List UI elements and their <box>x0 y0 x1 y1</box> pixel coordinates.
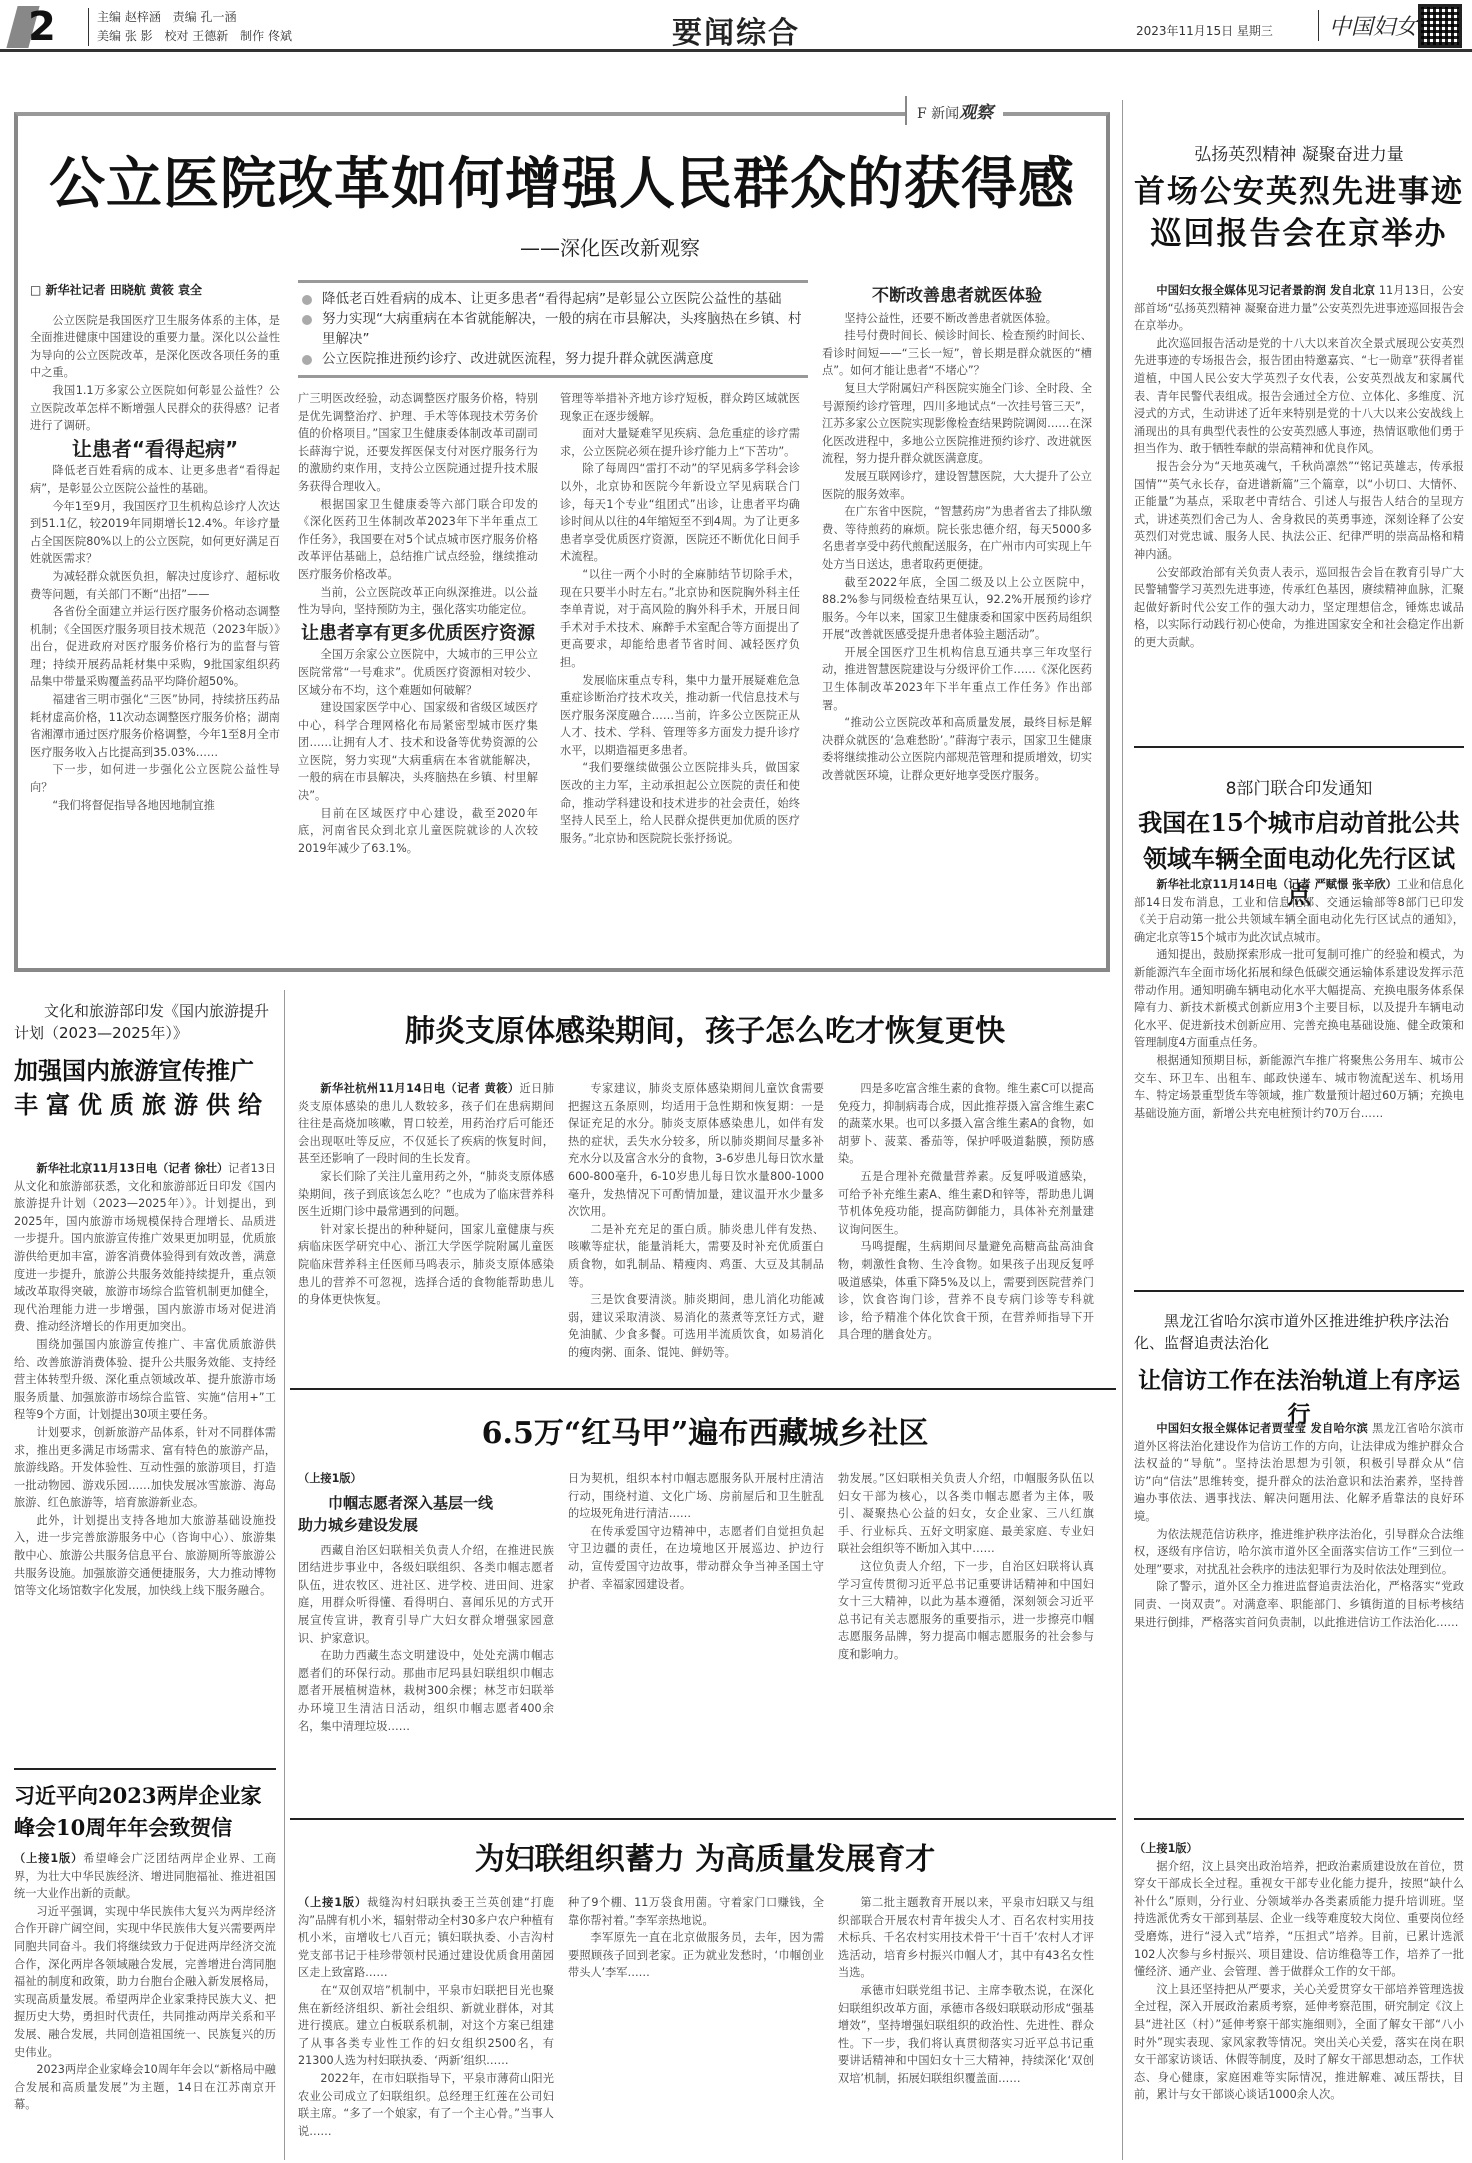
paragraph: 家长们除了关注儿童用药之外，“肺炎支原体感染期间，孩子到底该怎么吃？”也成为了临… <box>298 1168 554 1221</box>
article-kicker: 黑龙江省哈尔滨市道外区推进维护秩序法治化、监督追责法治化 <box>1134 1310 1464 1354</box>
paragraph: “我们要继续做强公立医院排头兵，做国家医改的主力军，主动承担起公立医院的责任和使… <box>560 759 800 847</box>
paragraph: 这位负责人介绍，下一步，自治区妇联将认真学习宣传贯彻习近平总书记重要讲话精神和中… <box>838 1558 1094 1664</box>
article-womens-fed-col-3: 第二批主题教育开展以来，平泉市妇联又与组织部联合开展农村青年拔尖人才、百名农村实… <box>838 1894 1094 2160</box>
news-observation-tag: F 新闻观察 <box>905 96 1003 125</box>
paragraph-text: 黑龙江省哈尔滨市道外区将法治化建设作为信访工作的方向，让法律成为维护群众合法权益… <box>1134 1422 1464 1523</box>
paragraph: 建设国家医学中心、国家级和省级区域医疗中心，科学合理网格化布局紧密型城市医疗集团… <box>298 699 538 805</box>
column-divider <box>284 990 285 2160</box>
continued-label: （上接1版） <box>14 1852 83 1865</box>
article-headline[interactable]: 习近平向2023两岸企业家 峰会10周年年会致贺信 <box>14 1780 276 1844</box>
feature-column-3: 管理等举措补齐地方诊疗短板，群众跨区域就医现象正在逐步缓解。 面对大量疑难罕见疾… <box>560 390 800 962</box>
article-police-heroes-body: 中国妇女报全媒体见习记者景韵润 发自北京 11月13日，公安部首场“弘扬英烈精神… <box>1134 282 1464 712</box>
feature-byline: □ 新华社记者 田晓航 黄筱 袁全 <box>30 282 280 300</box>
paragraph: 今年1至9月，我国医疗卫生机构总诊疗人次达到51.1亿，较2019年同期增长12… <box>30 498 280 568</box>
headline-line: 巡回报告会在京举办 <box>1134 213 1464 255</box>
paragraph: 三是饮食要清淡。肺炎期间，患儿消化功能减弱，建议采取清淡、易消化的蒸煮等烹饪方式… <box>568 1291 824 1361</box>
article-headline[interactable]: 肺炎支原体感染期间，孩子怎么吃才恢复更快 <box>290 1010 1120 1054</box>
continued-label: （上接1版） <box>298 1470 554 1488</box>
paragraph: 复旦大学附属妇产科医院实施全门诊、全时段、全号源预约诊疗管理，四川多地试点“一次… <box>822 380 1092 468</box>
paragraph: 公立医院是我国医疗卫生服务体系的主体，是全面推进健康中国建设的重要力量。深化以公… <box>30 312 280 382</box>
section-divider <box>290 1388 1116 1390</box>
paragraph: 根据通知预期目标，新能源汽车推广将聚焦公务用车、城市公交车、环卫车、出租车、邮政… <box>1134 1052 1464 1122</box>
continued-label: （上接1版） <box>298 1896 367 1909</box>
headline-line: 加强国内旅游宣传推广 <box>14 1054 274 1088</box>
paragraph: 五是合理补充微量营养素。反复呼吸道感染，可给予补充维生素A、维生素D和锌等，帮助… <box>838 1168 1094 1238</box>
article-mycoplasma-col-3: 四是多吃富含维生素的食物。维生素C可以提高免疫力，抑制病毒合成，因此推荐摄入富含… <box>838 1080 1094 1370</box>
paragraph: 此外，计划提出支持各地加大旅游基础设施投入，进一步完善旅游服务中心（咨询中心）、… <box>14 1512 276 1600</box>
feature-subtitle: ——深化医改新观察 <box>520 232 700 261</box>
qr-code-icon[interactable] <box>1418 4 1462 48</box>
paragraph: 为依法规范信访秩序，推进维护秩序法治化，引导群众合法维权，逐级有序信访，哈尔滨市… <box>1134 1526 1464 1579</box>
article-petition-law: 黑龙江省哈尔滨市道外区推进维护秩序法治化、监督追责法治化 让信访工作在法治轨道上… <box>1134 1310 1464 1432</box>
article-petition-law-body: 中国妇女报全媒体记者贾莹莹 发自哈尔滨 黑龙江省哈尔滨市道外区将法治化建设作为信… <box>1134 1420 1464 1790</box>
paragraph: 除了每周四“雷打不动”的罕见病多学科会诊以外，北京协和医院今年新设立罕见病联合门… <box>560 460 800 566</box>
section-divider <box>1134 1290 1464 1292</box>
article-red-vest-col-3: 勃发展。”区妇联相关负责人介绍，巾帼服务队伍以妇女干部为核心，以各类巾帼志愿者为… <box>838 1470 1094 1800</box>
paragraph: “以往一两个小时的全麻肺结节切除手术，现在只要半小时左右。”北京协和医院胸外科主… <box>560 566 800 672</box>
subheading: 不断改善患者就医体验 <box>822 288 1092 306</box>
section-divider <box>1134 746 1464 748</box>
paragraph: 通知提出，鼓励探索形成一批可复制可推广的经验和模式，为新能源汽车全面市场化拓展和… <box>1134 946 1464 1052</box>
paragraph: 计划要求，创新旅游产品体系，针对不同群体需求，推出更多满足市场需求、富有特色的旅… <box>14 1424 276 1512</box>
tag-prefix: F <box>917 106 927 122</box>
article-ev-pilot-body: 新华社北京11月14日电（记者 严赋憬 张辛欣）工业和信息化部14日发布消息，工… <box>1134 876 1464 1276</box>
article-byline: 中国妇女报全媒体记者贾莹莹 发自哈尔滨 <box>1156 1422 1368 1435</box>
article-headline[interactable]: 为妇联组织蓄力 为高质量发展育才 <box>290 1838 1120 1882</box>
article-headline[interactable]: 首场公安英烈先进事迹 巡回报告会在京举办 <box>1134 171 1464 255</box>
article-byline: 新华社北京11月13日电（记者 徐壮） <box>36 1162 228 1175</box>
paragraph: 四是多吃富含维生素的食物。维生素C可以提高免疫力，抑制病毒合成，因此推荐摄入富含… <box>838 1080 1094 1168</box>
tag-label: 新闻 <box>931 106 959 122</box>
paragraph: 面对大量疑难罕见疾病、急危重症的诊疗需求，公立医院必须在提升诊疗能力上“下苦功”… <box>560 425 800 460</box>
tag-label-bold: 观察 <box>959 103 993 123</box>
paragraph: 专家建议，肺炎支原体感染期间儿童饮食需要把握这五条原则，均适用于急性期和恢复期：… <box>568 1080 824 1221</box>
subheading-line: 助力城乡建设发展 <box>298 1514 554 1536</box>
paragraph: 汶上县还坚持把从严要求，关心关爱贯穿女干部培养管理选拔全过程，深入开展政治素质考… <box>1134 1981 1464 2104</box>
paragraph: 2023两岸企业家峰会10周年年会以“新格局中融合发展和高质量发展”为主题，14… <box>14 2061 276 2114</box>
article-red-vest-col-2: 日为契机，组织本村巾帼志愿服务队开展村庄清洁行动，围绕村道、文化广场、房前屋后和… <box>568 1470 824 1800</box>
article-subheading: 巾帼志愿者深入基层一线 助力城乡建设发展 <box>298 1492 554 1536</box>
article-tourism-body: 新华社北京11月13日电（记者 徐壮）记者13日从文化和旅游部获悉，文化和旅游部… <box>14 1160 276 1760</box>
section-divider <box>14 1768 276 1770</box>
paragraph: 二是补充充足的蛋白质。肺炎患儿伴有发热、咳嗽等症状，能量消耗大，需要及时补充优质… <box>568 1221 824 1291</box>
article-headline[interactable]: 加强国内旅游宣传推广 丰富优质旅游供给 <box>14 1054 274 1122</box>
article-womens-fed-col-1: （上接1版）裁缝沟村妇联执委王兰英创建“打鹿沟”品牌有机小米，辐射带动全村30多… <box>298 1894 554 2160</box>
paragraph: 在“双创双培”机制中，平泉市妇联把目光也聚焦在新经济组织、新社会组织、新就业群体… <box>298 1982 554 2070</box>
paragraph: 日为契机，组织本村巾帼志愿服务队开展村庄清洁行动，围绕村道、文化广场、房前屋后和… <box>568 1470 824 1523</box>
paragraph: 福建省三明市强化“三医”协同，持续挤压药品耗材虚高价格，11次动态调整医疗服务价… <box>30 691 280 761</box>
paragraph: 目前在区域医疗中心建设，截至2020年底，河南省民众到北京儿童医院就诊的人次较2… <box>298 805 538 858</box>
paragraph: 在传承爱国守边精神中，志愿者们自觉担负起守卫边疆的责任，在边境地区开展巡边、护边… <box>568 1523 824 1593</box>
paragraph: 挂号付费时间长、候诊时间长、检查预约时间长、看诊时间短——“三长一短”，曾长期是… <box>822 327 1092 380</box>
paragraph: 2022年，在市妇联指导下，平泉市薄荷山阳光农业公司成立了妇联组织。总经理王红莲… <box>298 2070 554 2140</box>
article-byline: 新华社北京11月14日电（记者 严赋憬 张辛欣） <box>1156 878 1396 891</box>
paragraph: 在助力西藏生态文明建设中，处处充满巾帼志愿者们的环保行动。那曲市尼玛县妇联组织巾… <box>298 1647 554 1735</box>
paragraph-text: 记者13日从文化和旅游部获悉，文化和旅游部近日印发《国内旅游提升计划（2023—… <box>14 1162 276 1333</box>
paragraph: 除了警示，道外区全力推进监督追责法治化，严格落实“党政同责、一岗双责”。对满意率… <box>1134 1578 1464 1631</box>
paragraph: 发展互联网诊疗，建设智慧医院，大大提升了公立医院的服务效率。 <box>822 468 1092 503</box>
article-byline: 中国妇女报全媒体见习记者景韵润 发自北京 <box>1156 284 1375 297</box>
paragraph: 降低老百姓看病的成本、让更多患者“看得起病”，是彰显公立医院公益性的基础。 <box>30 462 280 497</box>
paragraph: 当前，公立医院改革正向纵深推进。以公益性为导向，坚持预防为主，强化落实功能定位。 <box>298 584 538 619</box>
paragraph: 开展全国医疗卫生机构信息互通共享三年攻坚行动，推进智慧医院建设与分级评价工作……… <box>822 644 1092 714</box>
issue-date: 2023年11月15日 星期三 <box>1136 22 1273 39</box>
headline-line: 丰富优质旅游供给 <box>14 1088 274 1122</box>
paragraph: 第二批主题教育开展以来，平泉市妇联又与组织部联合开展农村青年拔尖人才、百名农村实… <box>838 1894 1094 1982</box>
paragraph: 勃发展。”区妇联相关负责人介绍，巾帼服务队伍以妇女干部为核心，以各类巾帼志愿者为… <box>838 1470 1094 1558</box>
paragraph: 报告会分为“天地英魂气，千秋尚凛然”“铭记英雄志，传承报国情”“英气永长存，奋进… <box>1134 458 1464 564</box>
article-womens-fed-col-2: 种了9个棚、11万袋食用菌。守着家门口赚钱，全靠你帮衬着。”李军亲热地说。 李军… <box>568 1894 824 2160</box>
paragraph: 李军原先一直在北京做服务员，去年，因为需要照顾孩子回到老家。正为就业发愁时，‘巾… <box>568 1929 824 1982</box>
paragraph: 此次巡回报告活动是党的十八大以来首次全景式展现公安英烈先进事迹的专场报告会，报告… <box>1134 335 1464 458</box>
paragraph: 坚持公益性，还要不断改善患者就医体验。 <box>822 310 1092 328</box>
feature-column-1: □ 新华社记者 田晓航 黄筱 袁全 公立医院是我国医疗卫生服务体系的主体，是全面… <box>30 282 280 962</box>
paragraph: 习近平强调，实现中华民族伟大复兴为两岸经济合作开辟广阔空间，实现中华民族伟大复兴… <box>14 1903 276 2061</box>
paragraph: 我国1.1万多家公立医院如何彰显公益性？公立医院改革怎样不断增强人民群众的获得感… <box>30 382 280 435</box>
paragraph: “推动公立医院改革和高质量发展，最终目标是解决群众就医的‘急难愁盼’。”薛海宁表… <box>822 714 1092 784</box>
article-headline[interactable]: 6.5万“红马甲”遍布西藏城乡社区 <box>290 1412 1120 1456</box>
highlight-item: 降低老百姓看病的成本、让更多患者“看得起病”是彰显公立医院公益性的基础 <box>298 289 808 309</box>
section-divider <box>1134 1818 1464 1820</box>
article-kicker: 8部门联合印发通知 <box>1134 774 1464 799</box>
feature-headline[interactable]: 公立医院改革如何增强人民群众的获得感 <box>14 140 1110 220</box>
feature-highlights: 降低老百姓看病的成本、让更多患者“看得起病”是彰显公立医院公益性的基础 努力实现… <box>298 280 808 378</box>
article-mycoplasma-col-1: 新华社杭州11月14日电（记者 黄筱）近日肺炎支原体感染的患儿人数较多，孩子们在… <box>298 1080 554 1370</box>
headline-line: 我国在15个城市启动首批公共 <box>1134 805 1464 841</box>
subheading-line: 巾帼志愿者深入基层一线 <box>298 1492 554 1514</box>
paragraph: 围绕加强国内旅游宣传推广、丰富优质旅游供给、改善旅游消费体验、提升公共服务效能、… <box>14 1336 276 1424</box>
highlight-item: 公立医院推进预约诊疗、改进就医流程，努力提升群众就医满意度 <box>298 349 808 369</box>
column-divider <box>1122 100 1123 2160</box>
paragraph: 马鸣提醒，生病期间尽量避免高糖高盐高油食物，刺激性食物、生冷食物。如果孩子出现反… <box>838 1238 1094 1344</box>
feature-column-4: 不断改善患者就医体验 坚持公益性，还要不断改善患者就医体验。 挂号付费时间长、候… <box>822 282 1092 962</box>
paragraph: 在广东省中医院，“智慧药房”为患者省去了排队缴费、等待煎药的麻烦。院长张忠德介绍… <box>822 503 1092 573</box>
page-masthead: 2 主编 赵梓涵 责编 孔一涵 美编 张 影 校对 王德新 制作 佟斌 要闻综合… <box>0 0 1472 52</box>
paragraph: 各省份全面建立并运行医疗服务价格动态调整机制；《全国医疗服务项目技术规范（202… <box>30 603 280 691</box>
headline-line: 峰会10周年年会致贺信 <box>14 1812 276 1844</box>
paragraph: “我们将督促指导各地因地制宜推 <box>30 797 280 815</box>
subheading: 让患者享有更多优质医疗资源 <box>298 625 538 643</box>
article-tourism: 文化和旅游部印发《国内旅游提升计划（2023—2025年）》 加强国内旅游宣传推… <box>14 1000 274 1122</box>
paragraph: 西藏自治区妇联相关负责人介绍，在推进民族团结进步事业中，各级妇联组织、各类巾帼志… <box>298 1542 554 1648</box>
paragraph: 为减轻群众就医负担，解决过度诊疗、超标收费等问题，有关部门不断“出招”—— <box>30 568 280 603</box>
paragraph: 截至2022年底，全国二级及以上公立医院中，88.2%参与同级检查结果互认，92… <box>822 574 1092 644</box>
section-divider <box>290 1818 1116 1820</box>
highlight-item: 努力实现“大病重病在本省就能解决，一般的病在市县解决，头疼脑热在乡镇、村里解决” <box>298 309 808 349</box>
paragraph: 承德市妇联党组书记、主席李敬杰说，在深化妇联组织改革方面，承德市各级妇联联动形成… <box>838 1982 1094 2088</box>
paragraph: 全国万余家公立医院中，大城市的三甲公立医院常常“一号难求”。优质医疗资源相对较少… <box>298 646 538 699</box>
paragraph: 种了9个棚、11万袋食用菌。守着家门口赚钱，全靠你帮衬着。”李军亲热地说。 <box>568 1894 824 1929</box>
paragraph: 公安部政治部有关负责人表示，巡回报告会旨在教育引导广大民警辅警学习英烈先进事迹，… <box>1134 564 1464 652</box>
subheading: 让患者“看得起病” <box>30 441 280 459</box>
continued-label: （上接1版） <box>1134 1840 1464 1858</box>
paragraph: 管理等举措补齐地方诊疗短板，群众跨区域就医现象正在逐步缓解。 <box>560 390 800 425</box>
paragraph: 广三明医改经验，动态调整医疗服务价格，特别是优先调整治疗、护理、手术等体现技术劳… <box>298 390 538 496</box>
article-women-cadres-continued: （上接1版） 据介绍，汶上县突出政治培养，把政治素质建设放在首位，贯穿女干部成长… <box>1134 1840 1464 2160</box>
paragraph: 据介绍，汶上县突出政治培养，把政治素质建设放在首位，贯穿女干部成长全过程。重视女… <box>1134 1858 1464 1981</box>
article-mycoplasma-col-2: 专家建议，肺炎支原体感染期间儿童饮食需要把握这五条原则，均适用于急性期和恢复期：… <box>568 1080 824 1370</box>
paragraph: 针对家长提出的种种疑问，国家儿童健康与疾病临床医学研究中心、浙江大学医学院附属儿… <box>298 1221 554 1309</box>
article-kicker: 文化和旅游部印发《国内旅游提升计划（2023—2025年）》 <box>14 1000 274 1044</box>
article-red-vest-col-1: （上接1版） 巾帼志愿者深入基层一线 助力城乡建设发展 西藏自治区妇联相关负责人… <box>298 1470 554 1800</box>
article-cross-strait-body: （上接1版）希望峰会广泛团结两岸企业界、工商界，为壮大中华民族经济、增进同胞福祉… <box>14 1850 276 2160</box>
headline-line: 首场公安英烈先进事迹 <box>1134 171 1464 213</box>
article-byline: 新华社杭州11月14日电（记者 黄筱） <box>320 1082 519 1095</box>
article-police-heroes: 弘扬英烈精神 凝聚奋进力量 首场公安英烈先进事迹 巡回报告会在京举办 <box>1134 140 1464 255</box>
article-kicker: 弘扬英烈精神 凝聚奋进力量 <box>1134 140 1464 165</box>
feature-column-2: 广三明医改经验，动态调整医疗服务价格，特别是优先调整治疗、护理、手术等体现技术劳… <box>298 390 538 962</box>
paragraph: 根据国家卫生健康委等六部门联合印发的《深化医药卫生体制改革2023年下半年重点工… <box>298 496 538 584</box>
paragraph: 发展临床重点专科，集中力量开展疑难危急重症诊断治疗技术攻关，推动新一代信息技术与… <box>560 672 800 760</box>
paragraph: 下一步，如何进一步强化公立医院公益性导向？ <box>30 761 280 796</box>
headline-line: 习近平向2023两岸企业家 <box>14 1780 276 1812</box>
